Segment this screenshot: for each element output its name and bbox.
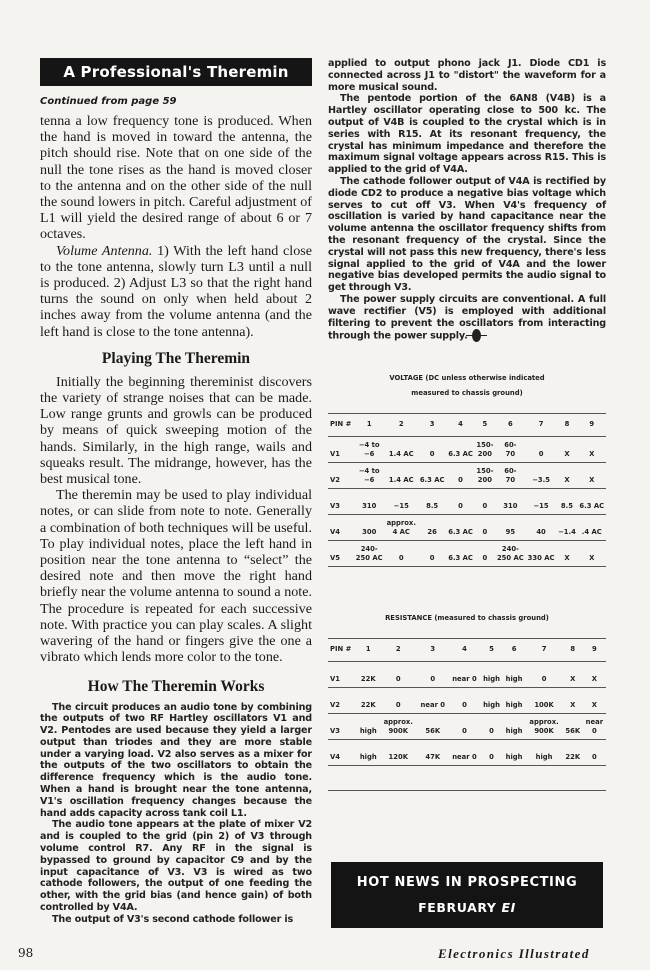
table-cell: approx.900K [380, 713, 417, 739]
header-cell: 5 [475, 413, 495, 436]
table-cell: 0 [418, 540, 446, 566]
table-cell: 0 [449, 713, 481, 739]
promo-month: FEBRUARY [418, 900, 501, 915]
table-cell: X [563, 687, 583, 713]
body-paragraph: The power supply circuits are convention… [328, 294, 606, 343]
table-cell: X [577, 540, 606, 566]
table-cell: 22K [357, 687, 380, 713]
header-cell: PIN # [328, 413, 354, 436]
table-cell: 0 [449, 687, 481, 713]
table-cell: high [357, 713, 380, 739]
table-cell: 6.3 AC [418, 462, 446, 488]
table-cell: 56K [563, 713, 583, 739]
article-title: A Professional's Theremin [40, 58, 312, 86]
table-cell: 0 [525, 661, 562, 687]
right-column: applied to output phono jack J1. Diode C… [328, 58, 606, 791]
section-heading-works: How The Theremin Works [40, 678, 312, 696]
header-cell: 6 [495, 413, 526, 436]
table-cell: high [480, 687, 503, 713]
table-cell: high [503, 687, 526, 713]
body-paragraph: The cathode follower output of V4A is re… [328, 176, 606, 294]
body-paragraph: The theremin may be used to play individ… [40, 487, 312, 665]
header-cell: 2 [380, 638, 417, 661]
header-cell: 3 [417, 638, 449, 661]
table-cell: high [480, 661, 503, 687]
table-cell: 0 [380, 687, 417, 713]
header-cell: 8 [556, 413, 577, 436]
table-cell: 100K [525, 687, 562, 713]
table-cell: 0 [417, 661, 449, 687]
header-cell: 1 [357, 638, 380, 661]
table-row: V4high120K47Knear 00highhigh22K0 [328, 739, 606, 765]
table-cell: 0 [446, 488, 474, 514]
table-cell: 240-250 AC [354, 540, 385, 566]
header-cell: PIN # [328, 638, 357, 661]
voltage-table-body: V1−4 to−61.4 AC06.3 AC150-20060-700XXV2−… [328, 436, 606, 566]
section-heading-playing: Playing The Theremin [40, 350, 312, 368]
table-cell: 6.3 AC [446, 540, 474, 566]
table-cell: near0 [583, 713, 606, 739]
table-cell: 6.3 AC [446, 514, 474, 540]
body-paragraph: The audio tone appears at the plate of m… [40, 819, 312, 913]
table-cell: X [577, 436, 606, 462]
table-cell: 8.5 [418, 488, 446, 514]
table-cell: 6.3 AC [446, 436, 474, 462]
table-cell: 120K [380, 739, 417, 765]
promo-line-2: FEBRUARY EI [331, 900, 603, 915]
table-row: V3highapprox.900K56K00highapprox.900K56K… [328, 713, 606, 739]
table-cell: X [556, 462, 577, 488]
table-cell: 22K [357, 661, 380, 687]
row-label-cell: V1 [328, 436, 354, 462]
volume-antenna-paragraph: Volume Antenna. 1) With the left hand cl… [40, 243, 312, 340]
table-cell: 0 [475, 488, 495, 514]
table-cell: approx.4 AC [385, 514, 418, 540]
table-cell: X [583, 687, 606, 713]
voltage-table-caption: VOLTAGE (DC unless otherwise indicated m… [328, 371, 606, 401]
table-cell: 0 [446, 462, 474, 488]
header-cell: 6 [503, 638, 526, 661]
table-divider [328, 766, 606, 791]
continued-note: Continued from page 59 [40, 96, 312, 107]
table-row: V4300approx.4 AC266.3 AC09540−1.4.4 AC [328, 514, 606, 540]
table-cell: 0 [583, 739, 606, 765]
table-cell: high [503, 739, 526, 765]
table-cell: 240-250 AC [495, 540, 526, 566]
caption-line: VOLTAGE (DC unless otherwise indicated [328, 371, 606, 386]
table-cell: 8.5 [556, 488, 577, 514]
table-cell: .4 AC [577, 514, 606, 540]
table-cell: −15 [385, 488, 418, 514]
table-cell: 0 [480, 739, 503, 765]
body-paragraph: applied to output phono jack J1. Diode C… [328, 58, 606, 93]
page-number: 98 [18, 946, 33, 960]
table-cell: approx.900K [525, 713, 562, 739]
row-label-cell: V3 [328, 713, 357, 739]
header-cell: 5 [480, 638, 503, 661]
table-cell: 47K [417, 739, 449, 765]
table-cell: −4 to−6 [354, 462, 385, 488]
table-cell: −4 to−6 [354, 436, 385, 462]
header-cell: 1 [354, 413, 385, 436]
table-cell: 0 [380, 661, 417, 687]
header-cell: 8 [563, 638, 583, 661]
table-cell: 1.4 AC [385, 436, 418, 462]
table-cell: near 0 [449, 739, 481, 765]
table-cell: 0 [418, 436, 446, 462]
header-cell: 7 [525, 638, 562, 661]
left-column: A Professional's Theremin Continued from… [40, 58, 312, 926]
voltage-table: PIN # 1 2 3 4 5 6 7 8 9 V1−4 to−61.4 AC0… [328, 413, 606, 567]
row-label-cell: V3 [328, 488, 354, 514]
table-cell: 310 [354, 488, 385, 514]
row-label-cell: V4 [328, 514, 354, 540]
table-cell: 0 [475, 514, 495, 540]
table-cell: −3.5 [526, 462, 557, 488]
table-cell: high [357, 739, 380, 765]
table-cell: 0 [385, 540, 418, 566]
body-paragraph: tenna a low frequency tone is produced. … [40, 113, 312, 243]
body-paragraph: The circuit produces an audio tone by co… [40, 702, 312, 820]
table-cell: 0 [480, 713, 503, 739]
volume-antenna-label: Volume Antenna. [56, 243, 152, 259]
table-cell: 0 [526, 436, 557, 462]
row-label-cell: V1 [328, 661, 357, 687]
header-cell: 4 [446, 413, 474, 436]
body-paragraph: The output of V3's second cathode follow… [40, 914, 312, 926]
table-row: V2−4 to−61.4 AC6.3 AC0150-20060-70−3.5XX [328, 462, 606, 488]
table-cell: 0 [475, 540, 495, 566]
caption-line: measured to chassis ground) [328, 386, 606, 401]
table-cell: 95 [495, 514, 526, 540]
header-cell: 2 [385, 413, 418, 436]
table-cell: X [563, 661, 583, 687]
header-cell: 7 [526, 413, 557, 436]
table-cell: high [503, 661, 526, 687]
resistance-table-body: V122K00near 0highhigh0XXV222K0near 00hig… [328, 661, 606, 765]
table-cell: high [525, 739, 562, 765]
promo-banner: HOT NEWS IN PROSPECTING FEBRUARY EI [331, 862, 603, 928]
table-header-row: PIN # 1 2 3 4 5 6 7 8 9 [328, 413, 606, 436]
table-cell: 26 [418, 514, 446, 540]
table-row: V1−4 to−61.4 AC06.3 AC150-20060-700XX [328, 436, 606, 462]
end-of-article-icon [472, 329, 481, 342]
table-cell: near 0 [417, 687, 449, 713]
table-cell: 56K [417, 713, 449, 739]
table-cell: −15 [526, 488, 557, 514]
table-row: V3310−158.500310−158.56.3 AC [328, 488, 606, 514]
table-cell: near 0 [449, 661, 481, 687]
resistance-table: PIN # 1 2 3 4 5 6 7 8 9 V122K00near 0hig… [328, 638, 606, 766]
row-label-cell: V5 [328, 540, 354, 566]
table-cell: −1.4 [556, 514, 577, 540]
table-row: V122K00near 0highhigh0XX [328, 661, 606, 687]
table-row: V5240-250 AC006.3 AC0240-250 AC330 ACXX [328, 540, 606, 566]
table-cell: 6.3 AC [577, 488, 606, 514]
header-cell: 3 [418, 413, 446, 436]
table-cell: X [556, 540, 577, 566]
table-cell: 150-200 [475, 462, 495, 488]
resistance-table-caption: RESISTANCE (measured to chassis ground) [328, 611, 606, 626]
header-cell: 9 [583, 638, 606, 661]
table-cell: X [577, 462, 606, 488]
magazine-name: Electronics Illustrated [438, 946, 590, 962]
row-label-cell: V2 [328, 462, 354, 488]
body-paragraph: Initially the beginning thereminist disc… [40, 374, 312, 487]
body-paragraph: The pentode portion of the 6AN8 (V4B) is… [328, 93, 606, 176]
table-cell: high [503, 713, 526, 739]
promo-ei: EI [502, 900, 516, 915]
table-cell: 22K [563, 739, 583, 765]
table-cell: 60-70 [495, 462, 526, 488]
table-cell: 60-70 [495, 436, 526, 462]
table-header-row: PIN # 1 2 3 4 5 6 7 8 9 [328, 638, 606, 661]
table-cell: 330 AC [526, 540, 557, 566]
table-cell: 300 [354, 514, 385, 540]
table-cell: 1.4 AC [385, 462, 418, 488]
table-cell: X [583, 661, 606, 687]
table-cell: 40 [526, 514, 557, 540]
table-cell: 150-200 [475, 436, 495, 462]
header-cell: 4 [449, 638, 481, 661]
table-row: V222K0near 00highhigh100KXX [328, 687, 606, 713]
header-cell: 9 [577, 413, 606, 436]
promo-line-1: HOT NEWS IN PROSPECTING [331, 875, 603, 890]
row-label-cell: V4 [328, 739, 357, 765]
row-label-cell: V2 [328, 687, 357, 713]
table-cell: X [556, 436, 577, 462]
table-cell: 310 [495, 488, 526, 514]
